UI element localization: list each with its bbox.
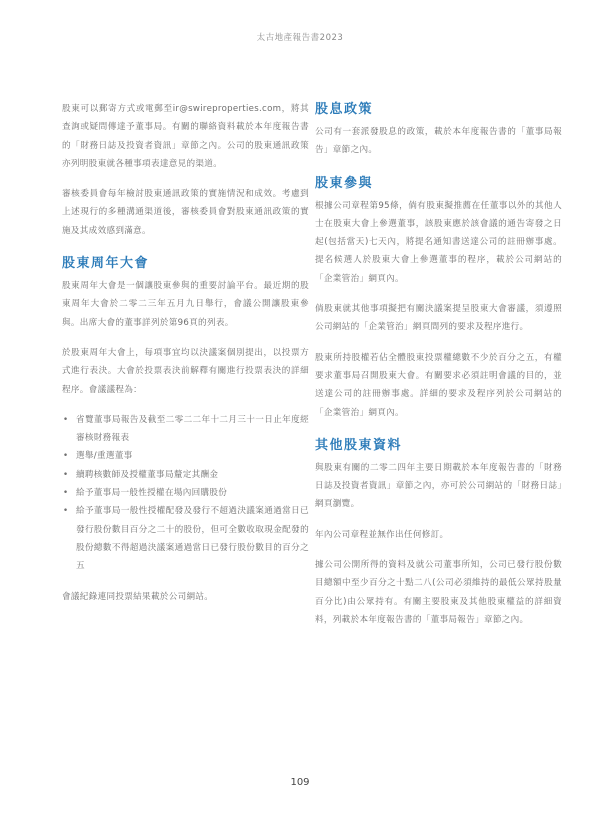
dividend-policy-paragraph: 公司有一套派發股息的政策，載於本年度報告書的「董事局報告」章節之內。 <box>315 123 562 160</box>
agenda-item: •省覽董事局報告及截至二零二二年十二月三十一日止年度經審核財務報表 <box>62 411 309 448</box>
agm-heading: 股東周年大會 <box>62 254 309 274</box>
public-float-paragraph: 據公司公開所得的資料及就公司董事所知，公司已發行股份數目總額中至少百分之十點二八… <box>315 556 562 629</box>
agenda-item: •給予董事局一般性授權在場內回購股份 <box>62 484 309 502</box>
bullet-icon: • <box>63 447 68 465</box>
agenda-list: •省覽董事局報告及截至二零二二年十二月三十一日止年度經審核財務報表 •選舉/重選… <box>62 411 309 576</box>
contact-paragraph: 股東可以郵寄方式或電郵至ir@swireproperties.com，將其查詢或… <box>62 100 309 173</box>
left-column: 股東可以郵寄方式或電郵至ir@swireproperties.com，將其查詢或… <box>62 100 309 618</box>
other-info-heading: 其他股東資料 <box>315 436 562 456</box>
agenda-item: •續聘核數師及授權董事局釐定其酬金 <box>62 466 309 484</box>
right-column: 股息政策 公司有一套派發股息的政策，載於本年度報告書的「董事局報告」章節之內。 … <box>315 100 562 641</box>
bullet-icon: • <box>63 466 68 484</box>
resolution-paragraph: 倘股東就其他事項擬把有關決議案提呈股東大會審議，須遵照公司網站的「企業管治」網頁… <box>315 300 562 337</box>
key-dates-paragraph: 與股東有關的二零二四年主要日期載於本年度報告書的「財務日誌及投資者資訊」章節之內… <box>315 459 562 514</box>
minutes-paragraph: 會議紀錄連同投票結果載於公司網站。 <box>62 588 309 606</box>
shareholder-participation-heading: 股東參與 <box>315 174 562 194</box>
agm-voting-paragraph: 於股東周年大會上，每項事宜均以決議案個別提出，以投票方式進行表決。大會於投票表決… <box>62 344 309 399</box>
bullet-icon: • <box>63 411 68 429</box>
articles-paragraph: 年內公司章程並無作出任何修訂。 <box>315 526 562 544</box>
nomination-paragraph: 根據公司章程第95條，倘有股東擬推薦在任董事以外的其他人士在股東大會上參選董事，… <box>315 197 562 288</box>
dividend-policy-heading: 股息政策 <box>315 100 562 120</box>
general-meeting-request-paragraph: 股東所持股權若佔全體股東投票權總數不少於百分之五，有權要求董事局召開股東大會。有… <box>315 349 562 422</box>
agenda-item: •給予董事局一般性授權配發及發行不超過決議案通過當日已發行股份數目百分之二十的股… <box>62 502 309 575</box>
audit-review-paragraph: 審核委員會每年檢討股東通訊政策的實施情況和成效。考慮到上述現行的多種溝通渠道後，… <box>62 185 309 240</box>
bullet-icon: • <box>63 484 68 502</box>
agenda-item: •選舉/重選董事 <box>62 447 309 465</box>
bullet-icon: • <box>63 502 68 520</box>
report-header-title: 太古地產報告書2023 <box>0 31 600 43</box>
page-number: 109 <box>0 777 600 788</box>
agm-paragraph: 股東周年大會是一個讓股東參與的重要討論平台。最近期的股東周年大會於二零二三年五月… <box>62 277 309 332</box>
